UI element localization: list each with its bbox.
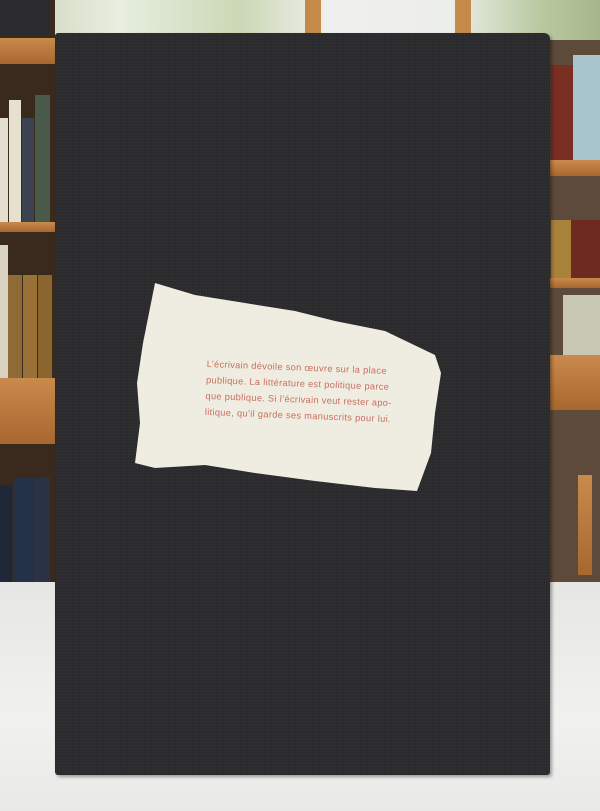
right-bookcase	[548, 40, 600, 590]
quote-text: L’écrivain dévoile son œuvre sur la plac…	[205, 356, 431, 429]
photo-scene: L’écrivain dévoile son œuvre sur la plac…	[0, 0, 600, 811]
left-bookcase	[0, 0, 55, 590]
